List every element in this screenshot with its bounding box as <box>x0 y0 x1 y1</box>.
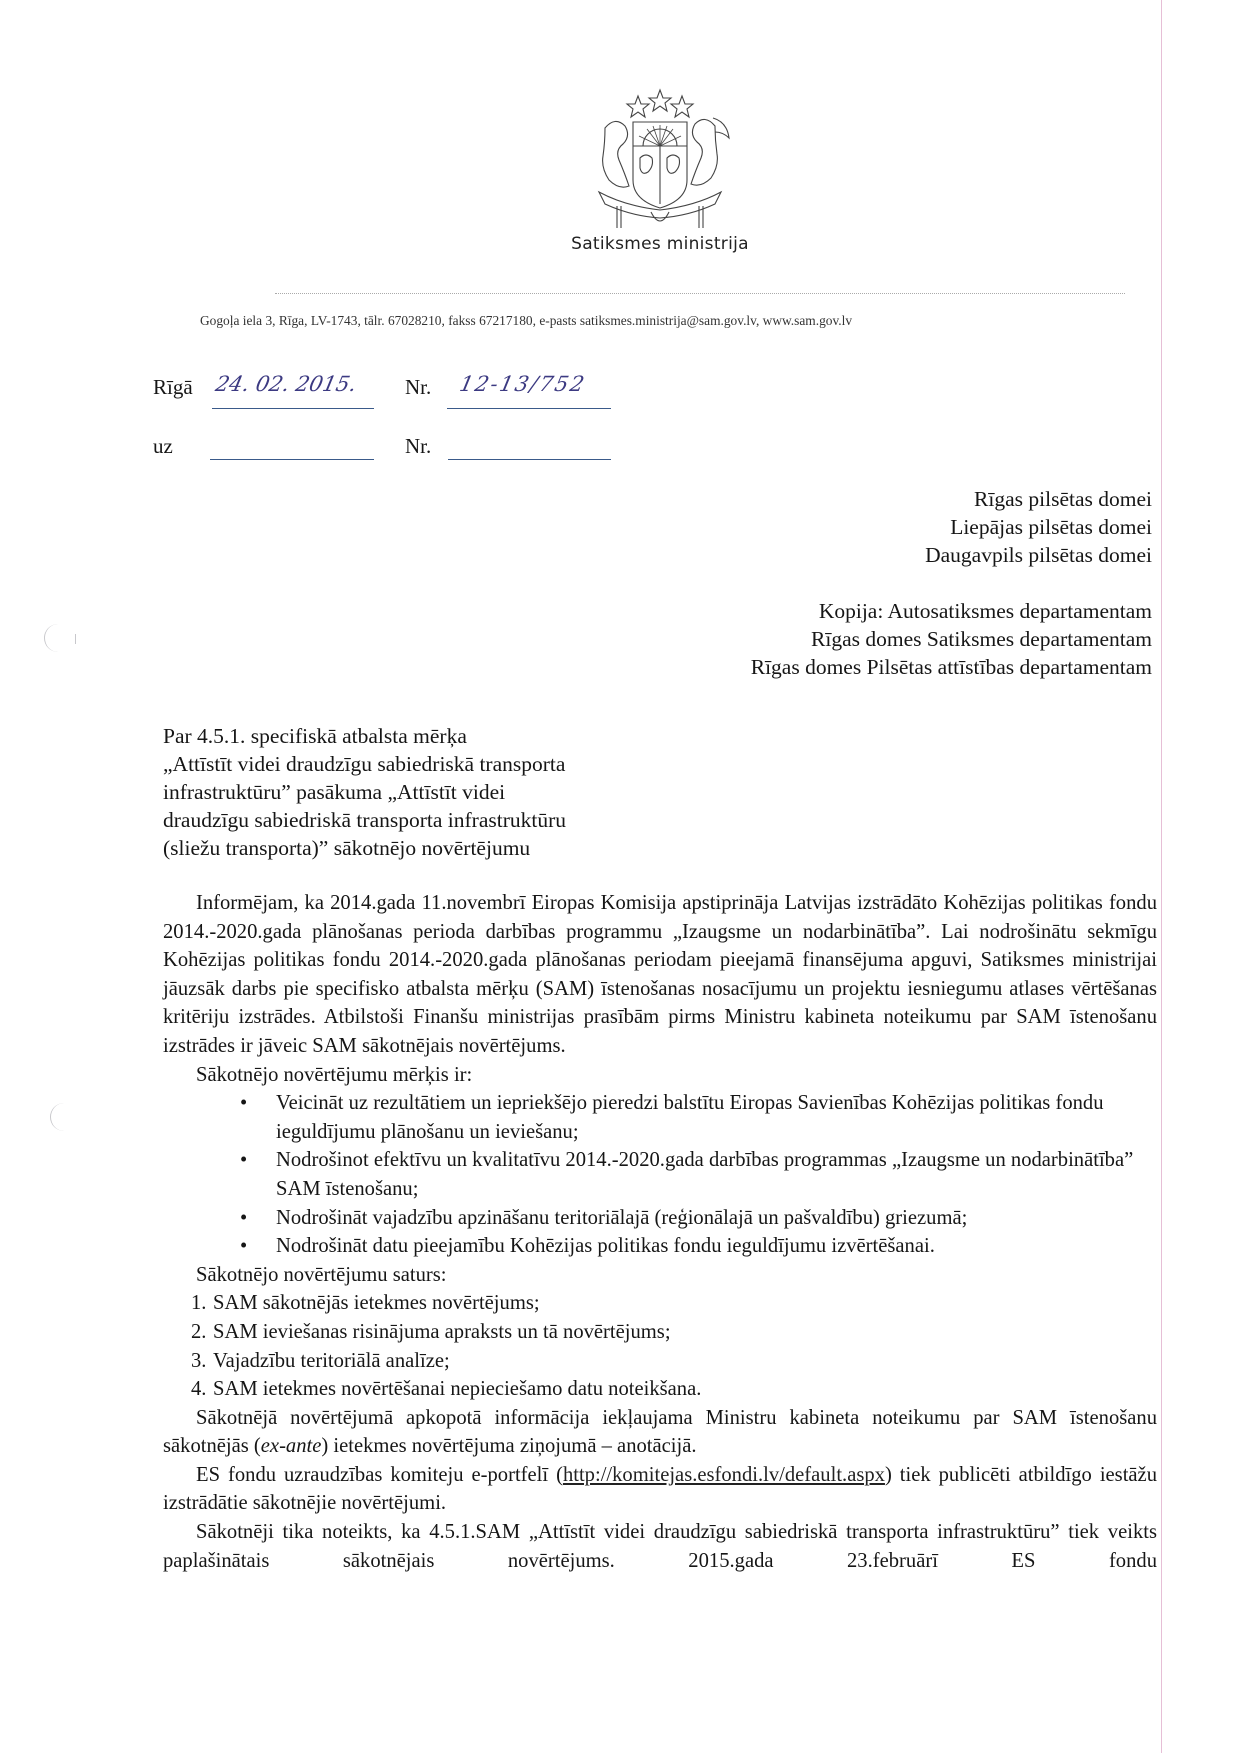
ministry-name: Satiksmes ministrija <box>480 234 840 254</box>
portal-paragraph: ES fondu uzraudzības komiteju e-portfelī… <box>163 1461 1157 1518</box>
portal-link[interactable]: http://komitejas.esfondi.lv/default.aspx <box>563 1464 885 1486</box>
page-edge-line <box>1161 0 1162 1753</box>
info-paragraph: Sākotnējā novērtējumā apkopotā informāci… <box>163 1404 1157 1461</box>
recipient: Liepājas pilsētas domei <box>560 513 1152 541</box>
bullet-icon: • <box>240 1232 247 1261</box>
goal-item: •Veicināt uz rezultātiem un iepriekšējo … <box>163 1089 1157 1146</box>
subject-line: (sliežu transporta)” sākotnējo novērtēju… <box>163 834 683 862</box>
nr-label: Nr. <box>405 375 431 400</box>
copy-recipient: Rīgas domes Pilsētas attīstības departam… <box>560 653 1152 681</box>
goal-item: •Nodrošināt datu pieejamību Kohēzijas po… <box>163 1232 1157 1261</box>
nr2-label: Nr. <box>405 434 431 459</box>
bullet-icon: • <box>240 1089 247 1118</box>
copy-recipient: Rīgas domes Satiksmes departamentam <box>560 625 1152 653</box>
subject-line: infrastruktūru” pasākuma „Attīstīt videi <box>163 778 683 806</box>
contents-item: 3.Vajadzību teritoriālā analīze; <box>163 1347 1157 1376</box>
recipient: Rīgas pilsētas domei <box>560 485 1152 513</box>
punch-mark-top <box>44 624 59 652</box>
contents-item: 4.SAM ietekmes novērtēšanai nepieciešamo… <box>163 1375 1157 1404</box>
subject-line: Par 4.5.1. specifiskā atbalsta mērķa <box>163 722 683 750</box>
goal-item: •Nodrošināt vajadzību apzināšanu teritor… <box>163 1204 1157 1233</box>
goals-list: •Veicināt uz rezultātiem un iepriekšējo … <box>163 1089 1157 1261</box>
recipient: Daugavpils pilsētas domei <box>560 541 1152 569</box>
last-paragraph: Sākotnēji tika noteikts, ka 4.5.1.SAM „A… <box>163 1518 1157 1575</box>
contents-item: 1.SAM sākotnējās ietekmes novērtējums; <box>163 1289 1157 1318</box>
contact-line: Gogoļa iela 3, Rīga, LV-1743, tālr. 6702… <box>200 313 852 329</box>
copies-block: Kopija: Autosatiksmes departamentam Rīga… <box>560 597 1152 681</box>
recipients-block: Rīgas pilsētas domei Liepājas pilsētas d… <box>560 485 1152 569</box>
subject-line: „Attīstīt videi draudzīgu sabiedriskā tr… <box>163 750 683 778</box>
subject-line: draudzīgu sabiedriskā transporta infrast… <box>163 806 683 834</box>
letter-subject: Par 4.5.1. specifiskā atbalsta mērķa „At… <box>163 722 683 862</box>
nr-handwritten: 12-13/752 <box>457 372 588 396</box>
copy-recipient: Kopija: Autosatiksmes departamentam <box>560 597 1152 625</box>
uz-field <box>210 429 374 460</box>
uz-label: uz <box>153 434 173 459</box>
contents-item: 2.SAM ieviešanas risinājuma apraksts un … <box>163 1318 1157 1347</box>
coat-of-arms-icon <box>585 88 735 233</box>
intro-paragraph: Informējam, ka 2014.gada 11.novembrī Eir… <box>163 889 1157 1061</box>
place-label: Rīgā <box>153 375 193 400</box>
nr2-field <box>448 429 611 460</box>
goals-label: Sākotnējo novērtējumu mērķis ir: <box>163 1061 1157 1090</box>
letterhead-divider <box>275 293 1125 294</box>
date-handwritten: 24. 02. 2015. <box>213 372 358 396</box>
contents-label: Sākotnējo novērtējumu saturs: <box>163 1261 1157 1290</box>
contents-list: 1.SAM sākotnējās ietekmes novērtējums; 2… <box>163 1289 1157 1403</box>
punch-mark-bottom <box>50 1103 65 1131</box>
bullet-icon: • <box>240 1204 247 1233</box>
bullet-icon: • <box>240 1146 247 1175</box>
letter-body: Informējam, ka 2014.gada 11.novembrī Eir… <box>163 889 1157 1575</box>
goal-item: •Nodrošinot efektīvu un kvalitatīvu 2014… <box>163 1146 1157 1203</box>
punch-tick-top <box>75 634 76 644</box>
